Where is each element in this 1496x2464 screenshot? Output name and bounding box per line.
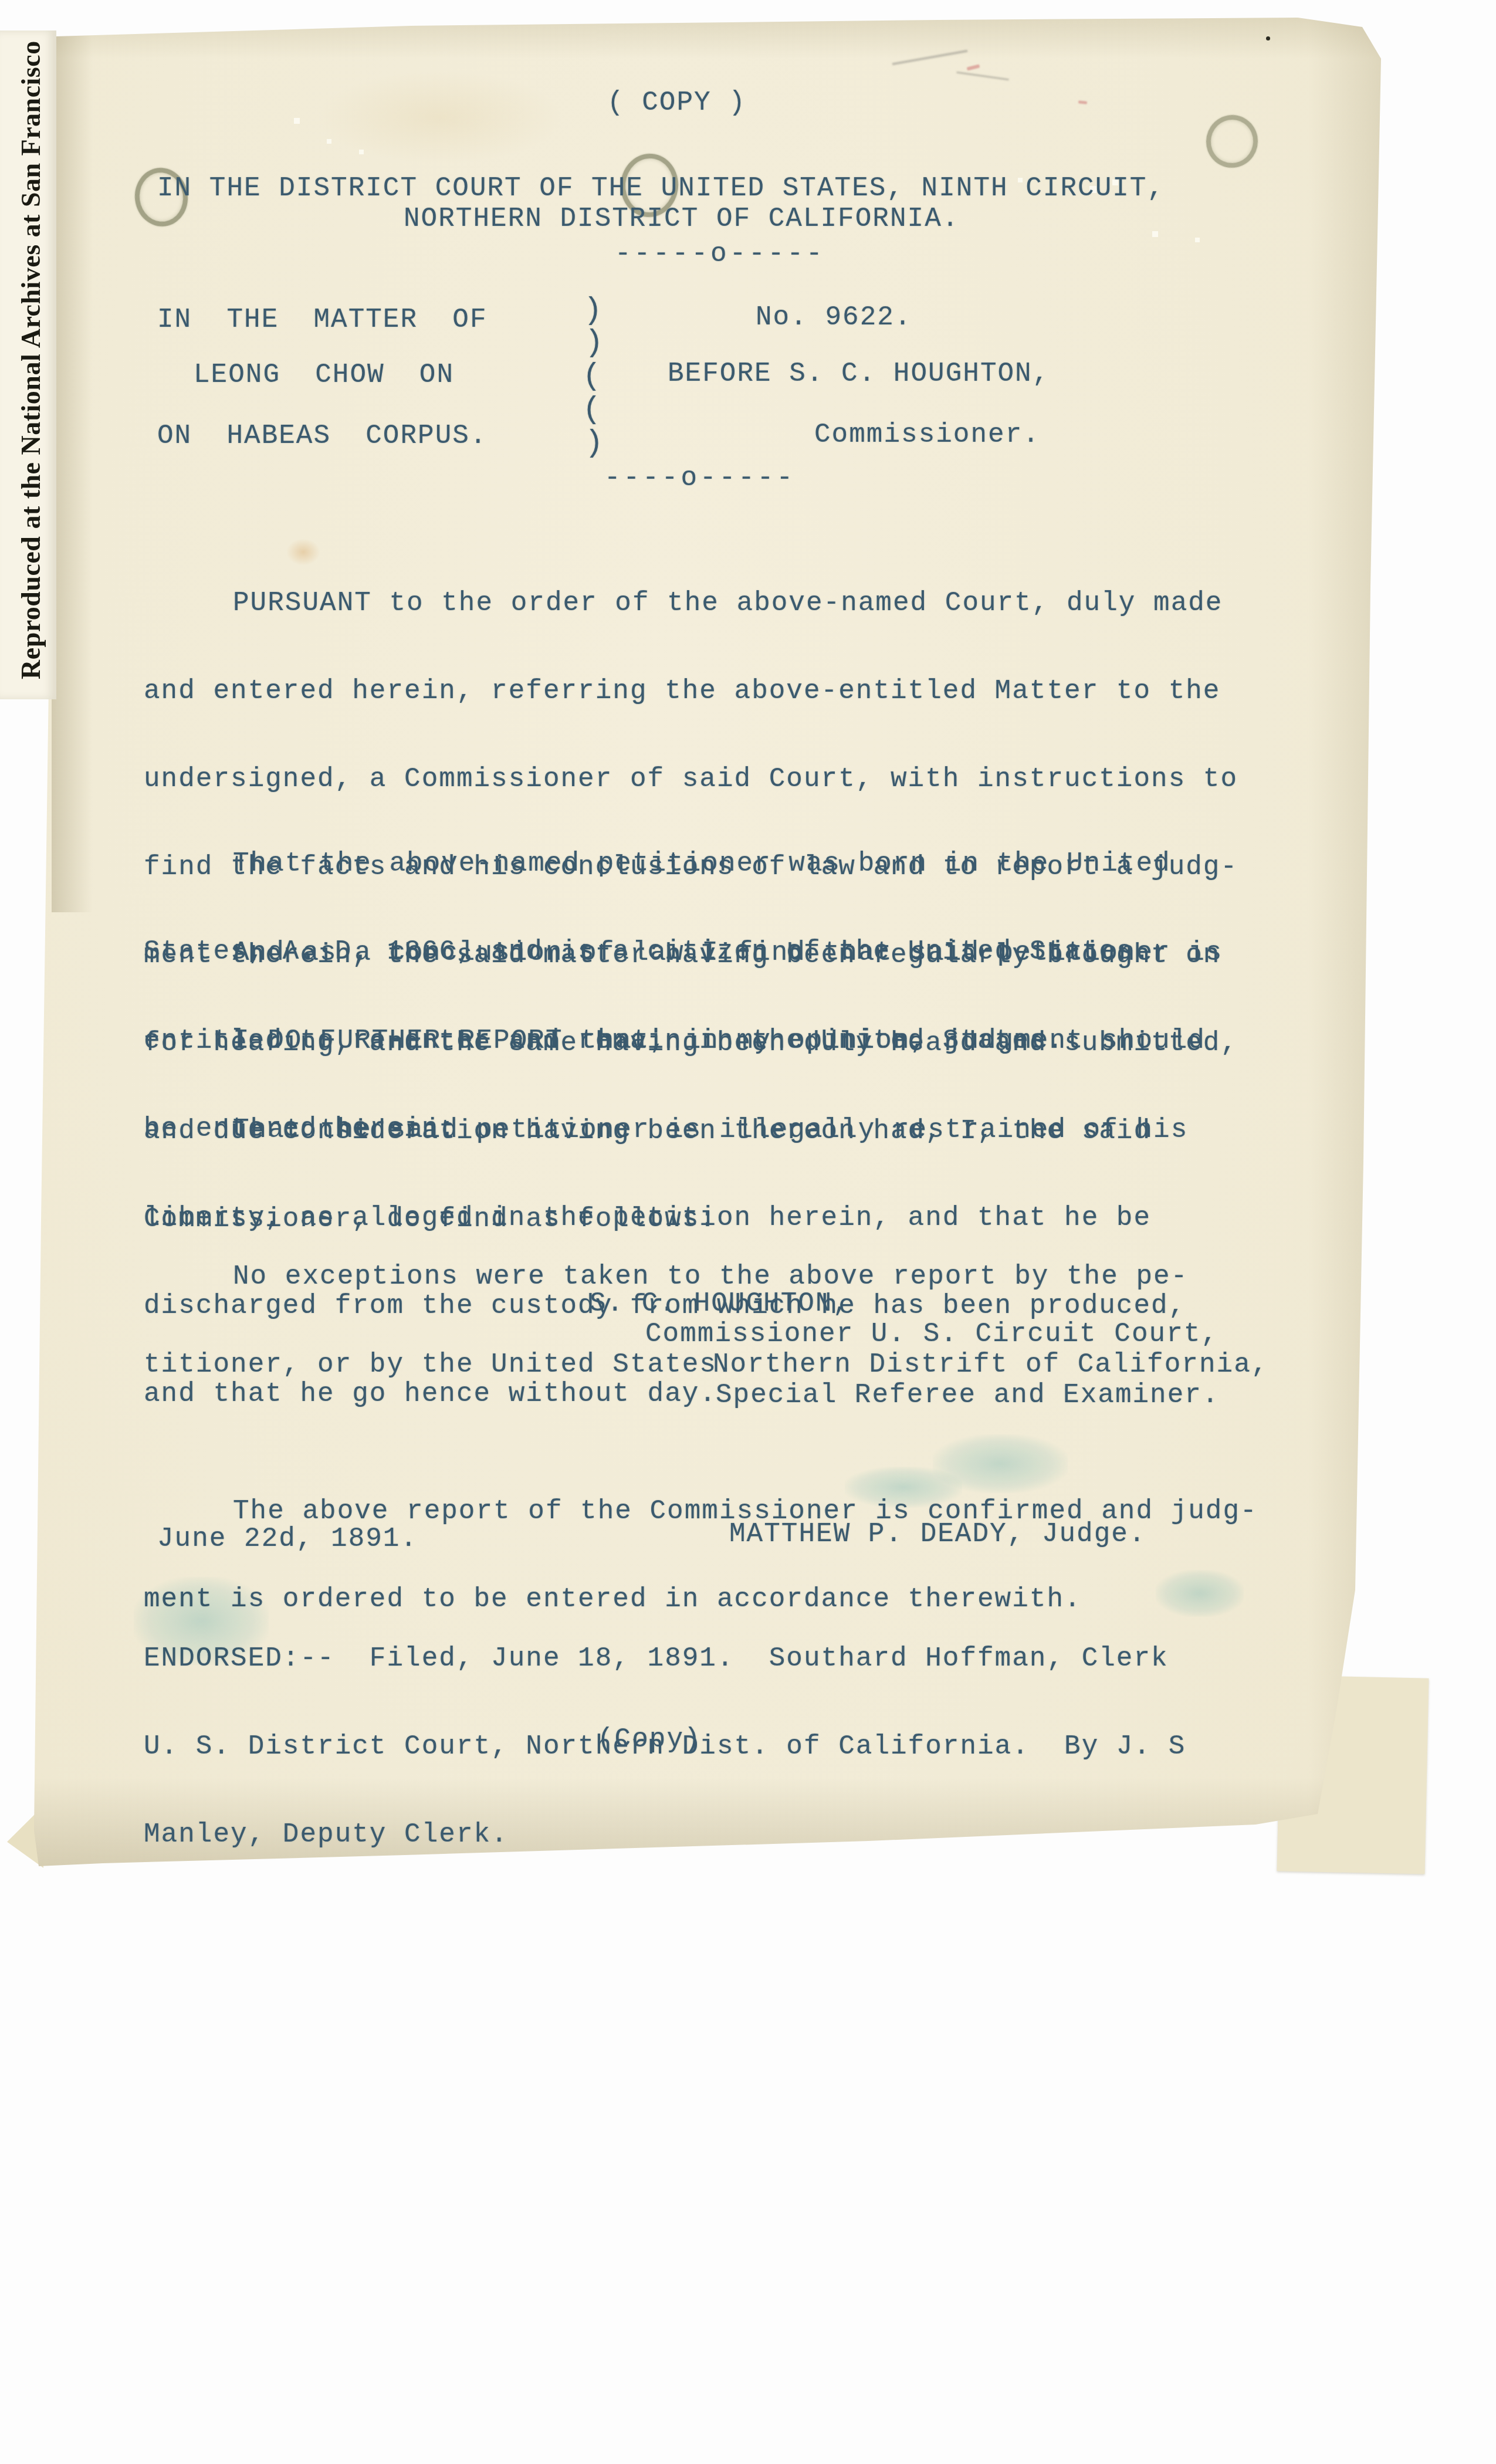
before-commissioner: BEFORE S. C. HOUGHTON, <box>668 359 1050 388</box>
caption-bracket: ) <box>585 329 604 358</box>
caption-in-the-matter-of: IN THE MATTER OF <box>157 305 488 334</box>
pink-speck <box>1078 100 1087 104</box>
paper-edge-shading-right <box>1308 18 1382 1819</box>
body-line: I DO FURTHER REPORT that, in my opinion,… <box>144 1026 1206 1055</box>
ink-smudge <box>134 1577 269 1665</box>
caption-bracket: ) <box>584 296 603 326</box>
caption-bracket: ( <box>583 362 602 391</box>
pink-speck <box>967 64 980 70</box>
body-line: No exceptions were taken to the above re… <box>144 1262 1188 1291</box>
caption-bracket: ) <box>585 429 604 458</box>
pencil-mark <box>956 72 1009 80</box>
body-line: That the above-named petitioner was born… <box>144 849 1171 878</box>
caption-party-name: LEONG CHOW ON <box>194 360 454 390</box>
body-line: That the said petitioner is illegally re… <box>144 1115 1188 1145</box>
body-line: And as a conclusion of law I find that s… <box>144 938 1223 967</box>
body-line: PURSUANT to the order of the above-named… <box>144 588 1238 618</box>
case-number: No. 9622. <box>756 303 912 332</box>
divider-ornament: ----o----- <box>604 463 796 493</box>
scanned-document-page: ( COPY ) IN THE DISTRICT COURT OF THE UN… <box>0 0 1496 2464</box>
body-line: undersigned, a Commissioner of said Cour… <box>144 764 1238 794</box>
copy-label-bottom: (Copy) <box>597 1725 702 1754</box>
paper-damage-flecks <box>0 0 1 1</box>
signature-title-line: Commissioner U. S. Circuit Court, <box>645 1319 1219 1349</box>
ink-smudge <box>845 1467 962 1508</box>
court-title-line1: IN THE DISTRICT COURT OF THE UNITED STAT… <box>157 174 1165 203</box>
paper-crease-left <box>52 32 93 912</box>
hole-punch-ring-stain <box>1201 110 1263 172</box>
divider-ornament: -----o----- <box>615 239 825 269</box>
judge-signature-line: MATTHEW P. DEADY, Judge. <box>729 1519 1146 1549</box>
signature-title-line: Northern Distrift of California, <box>713 1350 1268 1379</box>
caption-bracket: ( <box>583 395 602 425</box>
signature-title-line: Special Referee and Examiner. <box>716 1380 1220 1410</box>
signature-name: S. C. HOUGHTON, <box>590 1289 850 1318</box>
body-line: and entered herein, referring the above-… <box>144 676 1238 706</box>
endorsement-line: ENDORSED:-- Filed, June 18, 1891. Southa… <box>144 1644 1186 1673</box>
ink-smudge <box>1156 1570 1244 1617</box>
court-title-line2: NORTHERN DISTRICT OF CALIFORNIA. <box>404 204 959 233</box>
national-archives-stamp: Reproduced at the National Archives at S… <box>15 40 46 679</box>
ink-dot <box>1266 36 1270 40</box>
commissioner-label: Commissioner. <box>814 420 1040 449</box>
paper-edge-shading-top <box>53 16 1385 59</box>
caption-habeas-corpus: ON HABEAS CORPUS. <box>157 421 488 451</box>
copy-label-top: ( COPY ) <box>607 88 746 117</box>
paper-sheet: ( COPY ) IN THE DISTRICT COURT OF THE UN… <box>0 0 1496 2464</box>
endorsement-line: Manley, Deputy Clerk. <box>144 1820 1186 1849</box>
age-stain <box>317 70 563 164</box>
date-line: June 22d, 1891. <box>157 1524 418 1553</box>
